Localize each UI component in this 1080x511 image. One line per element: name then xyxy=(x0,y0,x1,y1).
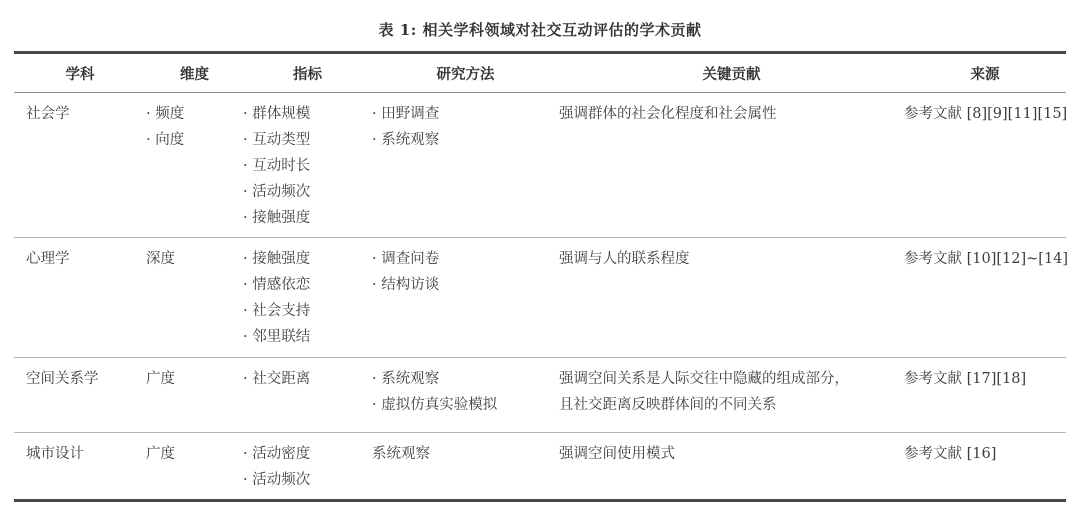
cell-source: 参考文献 [10][12]~[14] xyxy=(904,238,1066,358)
cell-line: 广度 xyxy=(146,441,243,467)
cell-line: · 调查问卷 xyxy=(372,246,559,272)
cell-line: 且社交距离反映群体间的不同关系 xyxy=(559,392,904,418)
cell-discipline: 空间关系学 xyxy=(14,358,146,433)
table-row: 城市设计 广度 · 活动密度 · 活动频次 系统观察 强调空间使用模式 参考文献… xyxy=(14,433,1066,501)
header-row: 学科 维度 指标 研究方法 关键贡献 来源 xyxy=(14,53,1066,93)
table-row: 空间关系学 广度 · 社交距离 · 系统观察 · 虚拟仿真实验模拟 强调空间关系… xyxy=(14,358,1066,433)
cell-line: · 活动密度 xyxy=(243,441,372,467)
cell-line: 社会学 xyxy=(26,101,146,127)
cell-dimension: 广度 xyxy=(146,433,243,501)
cell-line: 参考文献 [17][18] xyxy=(904,366,1066,392)
cell-discipline: 心理学 xyxy=(14,238,146,358)
cell-contribution: 强调与人的联系程度 xyxy=(559,238,904,358)
cell-contribution: 强调空间关系是人际交往中隐藏的组成部分， 且社交距离反映群体间的不同关系 xyxy=(559,358,904,433)
cell-line: 参考文献 [10][12]~[14] xyxy=(904,246,1066,272)
cell-indicator: · 活动密度 · 活动频次 xyxy=(243,433,372,501)
cell-discipline: 社会学 xyxy=(14,93,146,238)
cell-line: 城市设计 xyxy=(26,441,146,467)
cell-line: · 情感依恋 xyxy=(243,272,372,298)
paper-page: 表 1: 相关学科领域对社交互动评估的学术贡献 学科 维度 指标 研究方法 关键… xyxy=(0,0,1080,511)
cell-line: · 接触强度 xyxy=(243,246,372,272)
cell-method: · 田野调查 · 系统观察 xyxy=(372,93,559,238)
cell-contribution: 强调群体的社会化程度和社会属性 xyxy=(559,93,904,238)
cell-line: · 系统观察 xyxy=(372,366,559,392)
header-source: 来源 xyxy=(904,53,1066,93)
cell-line: 心理学 xyxy=(26,246,146,272)
cell-contribution: 强调空间使用模式 xyxy=(559,433,904,501)
cell-source: 参考文献 [8][9][11][15] xyxy=(904,93,1066,238)
cell-line: · 互动时长 xyxy=(243,153,372,179)
header-dimension: 维度 xyxy=(146,53,243,93)
cell-source: 参考文献 [16] xyxy=(904,433,1066,501)
cell-line: · 接触强度 xyxy=(243,205,372,231)
table-header: 学科 维度 指标 研究方法 关键贡献 来源 xyxy=(14,53,1066,93)
cell-line: · 群体规模 xyxy=(243,101,372,127)
table-row: 心理学 深度 · 接触强度 · 情感依恋 · 社会支持 · 邻里联结 · 调查问… xyxy=(14,238,1066,358)
cell-dimension: 深度 xyxy=(146,238,243,358)
cell-method: 系统观察 xyxy=(372,433,559,501)
cell-source: 参考文献 [17][18] xyxy=(904,358,1066,433)
cell-line: 广度 xyxy=(146,366,243,392)
header-discipline: 学科 xyxy=(14,53,146,93)
header-method: 研究方法 xyxy=(372,53,559,93)
cell-line: · 邻里联结 xyxy=(243,324,372,350)
cell-line: 强调群体的社会化程度和社会属性 xyxy=(559,101,904,127)
cell-method: · 调查问卷 · 结构访谈 xyxy=(372,238,559,358)
cell-line: 空间关系学 xyxy=(26,366,146,392)
cell-line: · 田野调查 xyxy=(372,101,559,127)
cell-dimension: 广度 xyxy=(146,358,243,433)
table-row: 社会学 · 频度 · 向度 · 群体规模 · 互动类型 · 互动时长 · 活动频… xyxy=(14,93,1066,238)
cell-line: 深度 xyxy=(146,246,243,272)
cell-line: 系统观察 xyxy=(372,441,559,467)
table-caption: 表 1: 相关学科领域对社交互动评估的学术贡献 xyxy=(0,0,1080,40)
cell-line: · 活动频次 xyxy=(243,179,372,205)
academic-table: 学科 维度 指标 研究方法 关键贡献 来源 社会学 · 频度 · 向度 · 群体… xyxy=(14,51,1066,502)
cell-line: · 虚拟仿真实验模拟 xyxy=(372,392,559,418)
cell-line: 强调与人的联系程度 xyxy=(559,246,904,272)
cell-line: · 结构访谈 xyxy=(372,272,559,298)
cell-indicator: · 群体规模 · 互动类型 · 互动时长 · 活动频次 · 接触强度 xyxy=(243,93,372,238)
cell-discipline: 城市设计 xyxy=(14,433,146,501)
cell-line: · 系统观察 xyxy=(372,127,559,153)
cell-line: · 互动类型 xyxy=(243,127,372,153)
cell-line: · 社交距离 xyxy=(243,366,372,392)
cell-method: · 系统观察 · 虚拟仿真实验模拟 xyxy=(372,358,559,433)
cell-line: · 向度 xyxy=(146,127,243,153)
cell-line: · 社会支持 xyxy=(243,298,372,324)
cell-line: 强调空间使用模式 xyxy=(559,441,904,467)
header-indicator: 指标 xyxy=(243,53,372,93)
cell-indicator: · 接触强度 · 情感依恋 · 社会支持 · 邻里联结 xyxy=(243,238,372,358)
cell-indicator: · 社交距离 xyxy=(243,358,372,433)
cell-line: · 频度 xyxy=(146,101,243,127)
cell-line: · 活动频次 xyxy=(243,467,372,493)
cell-line: 强调空间关系是人际交往中隐藏的组成部分， xyxy=(559,366,904,392)
cell-line: 参考文献 [16] xyxy=(904,441,1066,467)
cell-dimension: · 频度 · 向度 xyxy=(146,93,243,238)
cell-line: 参考文献 [8][9][11][15] xyxy=(904,101,1066,127)
header-contribution: 关键贡献 xyxy=(559,53,904,93)
